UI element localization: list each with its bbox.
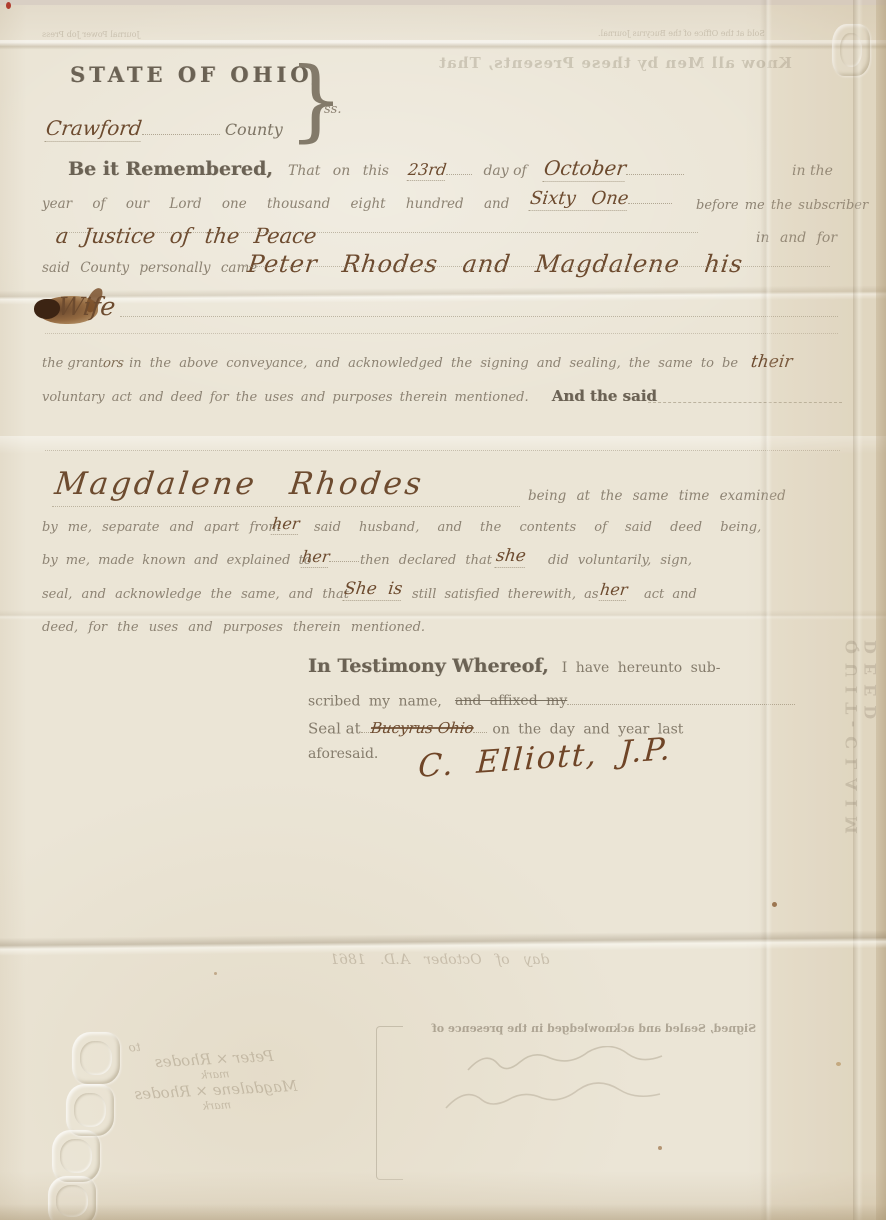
ss-label: ss. bbox=[324, 102, 341, 117]
grant-prefix: the grant bbox=[42, 356, 103, 371]
county-label: County bbox=[225, 120, 283, 139]
blank-rule bbox=[45, 333, 838, 334]
that-on-this: That on this bbox=[288, 163, 389, 179]
year-printed: year of our Lord one thousand eight hund… bbox=[42, 196, 509, 212]
parties-value: Peter Rhodes and Magdalene his bbox=[246, 250, 744, 278]
exam-name-wrap: Magdalene Rhodes bbox=[55, 466, 424, 502]
bleedthrough-parties-block: to Peter × Rhodes mark Magdalene × Rhode… bbox=[108, 1031, 322, 1118]
exam-l1: being at the same time examined bbox=[528, 488, 786, 504]
exam-l4c: act and bbox=[644, 587, 697, 602]
right-fold-edge bbox=[853, 0, 863, 1220]
her3-wrap: her bbox=[600, 580, 627, 601]
leader-dots bbox=[473, 718, 487, 733]
top-fold-edge bbox=[0, 40, 886, 52]
be-it-remembered: Be it Remembered, bbox=[68, 158, 273, 180]
her2-value: her bbox=[301, 547, 331, 568]
bleedthrough-printer-credit: Journal Power Job Press bbox=[42, 30, 140, 39]
scanned-deed-document: Journal Power Job Press Sold at the Offi… bbox=[0, 0, 886, 1220]
county-line: Crawford County bbox=[46, 116, 283, 142]
testimony-l4: aforesaid. bbox=[308, 746, 378, 762]
bleedthrough-docket-label: QUIT-CLAIM DEED bbox=[842, 640, 880, 920]
paper-speck bbox=[836, 1062, 841, 1066]
leader-dots bbox=[626, 160, 684, 175]
her3-value: her bbox=[599, 580, 629, 601]
state-heading: STATE OF OHIO, bbox=[70, 62, 323, 87]
her2-wrap: her bbox=[302, 547, 359, 568]
jp-signature-wrap: C. Elliott, J.P. bbox=[417, 731, 673, 785]
ack-line-1: the grantors in the above conveyance, an… bbox=[42, 352, 793, 372]
officer-value: a Justice of the Peace bbox=[55, 224, 318, 248]
embossed-stamp-4 bbox=[48, 1176, 96, 1220]
paper-speck bbox=[214, 972, 217, 975]
fold-crease-1 bbox=[0, 285, 886, 304]
testimony-l1: I have hereunto sub- bbox=[562, 660, 721, 676]
year-value: Sixty One bbox=[529, 188, 630, 211]
parties-wrap: Peter Rhodes and Magdalene his bbox=[248, 250, 743, 278]
wife-value: Wife bbox=[56, 292, 117, 321]
her1-value: her bbox=[271, 514, 301, 535]
leader-dots bbox=[142, 120, 220, 135]
testimony-l2: scribed my name, bbox=[308, 693, 442, 709]
wife-wrap: Wife bbox=[58, 292, 115, 321]
came-printed: said County personally came bbox=[42, 260, 257, 276]
officer-line: a Justice of the Peace bbox=[56, 224, 316, 248]
leader-dots bbox=[446, 160, 472, 175]
embossed-stamp-1 bbox=[72, 1032, 120, 1084]
exam-l3b: then declared that bbox=[360, 553, 492, 568]
fold-crease-2 bbox=[0, 610, 886, 620]
bleedthrough-date-line: day of October A.D. 1861 bbox=[330, 952, 549, 968]
right-panel-tone bbox=[768, 0, 886, 1220]
blank-rule bbox=[120, 316, 838, 317]
exam-l4b: still satisfied therewith, as bbox=[412, 587, 599, 602]
exam-l3c: did voluntarily, sign, bbox=[548, 553, 692, 568]
fill-rule bbox=[56, 232, 698, 233]
jp-signature: C. Elliott, J.P. bbox=[417, 731, 673, 785]
remembered-line: Be it Remembered, That on this 23rd day … bbox=[68, 156, 684, 182]
leader-dots bbox=[329, 547, 359, 562]
exam-l4a: seal, and acknowledge the same, and that bbox=[42, 587, 349, 602]
exam-l5: deed, for the uses and purposes therein … bbox=[42, 620, 425, 635]
she-is-wrap: She is bbox=[344, 579, 402, 601]
vertical-crease bbox=[760, 0, 772, 1220]
fill-rule bbox=[52, 506, 520, 507]
seal-at: Seal at bbox=[308, 719, 361, 737]
brace-glyph: } bbox=[288, 56, 344, 144]
exam-l2a: by me, separate and apart from bbox=[42, 520, 281, 535]
month-value: October bbox=[542, 156, 627, 182]
she-wrap: she bbox=[496, 546, 526, 568]
embossed-stamp-3 bbox=[52, 1130, 100, 1182]
paper-speck bbox=[772, 902, 777, 907]
bleedthrough-witness-heading: Signed, Sealed and acknowledged in the p… bbox=[432, 1022, 756, 1035]
day-of: day of bbox=[483, 163, 526, 179]
county-value: Crawford bbox=[44, 116, 143, 142]
embossed-stamp-2 bbox=[66, 1084, 114, 1136]
she-value: she bbox=[495, 546, 527, 568]
testimony-lead-line: In Testimony Whereof, I have hereunto su… bbox=[308, 655, 720, 677]
ack-line-2: voluntary act and deed for the uses and … bbox=[42, 386, 657, 405]
testimony-line-2: scribed my name, and affixed my bbox=[308, 690, 795, 709]
fill-rule bbox=[245, 266, 830, 267]
ack-line2-text: voluntary act and deed for the uses and … bbox=[42, 390, 529, 405]
red-fleck bbox=[6, 2, 11, 9]
fold-band bbox=[0, 436, 886, 454]
exam-l2b: said husband, and the contents of said d… bbox=[314, 520, 761, 535]
bleedthrough-witness-signature-2 bbox=[440, 1082, 670, 1118]
leader-dots bbox=[628, 189, 672, 204]
her1-wrap: her bbox=[272, 514, 299, 535]
in-testimony-whereof: In Testimony Whereof, bbox=[308, 655, 549, 677]
ack-line1-rest: in the above conveyance, and acknowledge… bbox=[129, 356, 738, 371]
year-value-wrap: Sixty One bbox=[530, 188, 672, 211]
scan-top-edge bbox=[0, 0, 886, 5]
struck-place-value: Bucyrus Ohio bbox=[370, 719, 475, 737]
blank-rule bbox=[45, 450, 840, 451]
exam-name-value: Magdalene Rhodes bbox=[53, 466, 426, 502]
bleedthrough-bracket bbox=[376, 1026, 403, 1180]
bleedthrough-know-all-men: Know all Men by these Presents, That bbox=[438, 54, 792, 72]
bottom-edge-shadow bbox=[0, 1204, 886, 1220]
bleedthrough-sold-at: Sold at the Office of the Bucyrus Journa… bbox=[598, 29, 765, 38]
struck-and-affixed-my: and affixed my bbox=[455, 693, 567, 709]
she-is-value: She is bbox=[343, 579, 404, 601]
and-the-said: And the said bbox=[552, 387, 657, 405]
bleedthrough-witness-signature-1 bbox=[460, 1046, 670, 1080]
paper-speck bbox=[658, 1146, 662, 1150]
day-value: 23rd bbox=[407, 160, 448, 181]
leader-dots bbox=[361, 718, 371, 733]
grant-insert: ors bbox=[102, 356, 125, 371]
right-scan-edge bbox=[876, 0, 886, 1220]
exam-l3a: by me, made known and explained to bbox=[42, 553, 312, 568]
